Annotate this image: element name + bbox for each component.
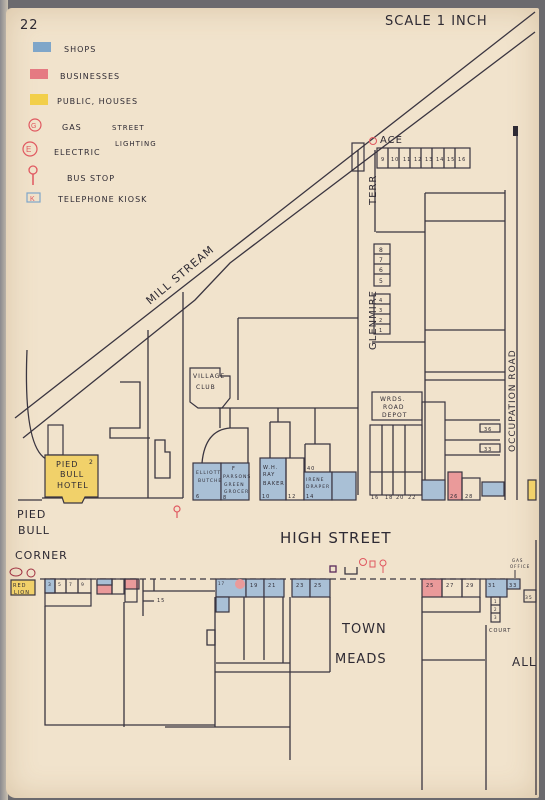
svg-text:36: 36 [484,427,492,433]
svg-text:9: 9 [81,582,85,588]
svg-text:3: 3 [48,582,52,588]
svg-text:25: 25 [314,583,322,589]
svg-text:15: 15 [157,598,165,604]
svg-text:16: 16 [458,157,466,163]
svg-text:15: 15 [447,157,455,163]
legend-telephone-label: TELEPHONE KIOSK [57,195,147,204]
svg-text:GREEN: GREEN [224,482,245,488]
svg-text:27: 27 [446,583,454,589]
electric-symbol: E [26,145,31,154]
svg-text:23: 23 [296,583,304,589]
svg-text:4: 4 [379,298,383,304]
legend-street-label: STREET [112,124,145,132]
svg-text:BULL: BULL [60,470,84,479]
north-high-street-shops: ELLIOTTSBUTCHER 6 FPARSONSGREENGROCER 8 … [174,458,356,518]
high-street-label: HIGH STREET [280,529,392,547]
svg-text:1: 1 [494,599,498,604]
all-label: ALL [512,655,537,669]
svg-text:PARSONS: PARSONS [223,474,251,480]
gas-office-label: GASOFFICE [510,558,530,569]
town-meads-label: TOWN MEADS [335,622,387,667]
svg-text:BULL: BULL [18,524,50,537]
svg-text:14: 14 [306,494,314,500]
hairdresser-shop[interactable] [332,472,356,500]
bus-stop-icon [29,166,37,174]
kiosk-symbol: K [30,196,35,203]
svg-text:21: 21 [268,583,276,589]
svg-text:ROAD: ROAD [383,404,405,411]
east-blocks: WRDS. ROAD DEPOT 16182022 26 28 36 33 [370,193,505,501]
pied-bull-hotel[interactable]: PIEDBULLHOTEL 2 [45,425,98,503]
svg-text:5: 5 [58,582,62,588]
svg-text:WRDS.: WRDS. [380,396,405,403]
electric-lamp-icon [360,559,367,566]
svg-text:RED: RED [13,583,26,589]
wrds-depot-label: WRDS. ROAD DEPOT [380,396,407,419]
terrace-numbers: 9 10 11 12 13 14 15 16 [381,157,466,163]
gas-office-shop[interactable] [422,480,445,500]
businesses-swatch [30,69,48,79]
svg-text:BAKER: BAKER [263,481,285,487]
village-club-label: VILLAGECLUB [193,373,225,391]
legend-bus-stop-label: BUS STOP [67,174,115,183]
svg-text:8: 8 [223,495,227,501]
pied-bull-corner-label: PIED BULL CORNER [15,508,68,562]
svg-text:31: 31 [488,583,496,589]
scale-label: SCALE 1 INCH [385,14,488,29]
svg-text:22: 22 [408,495,416,501]
svg-text:8: 8 [379,247,384,254]
svg-text:VILLAGE: VILLAGE [193,373,225,380]
svg-text:17: 17 [218,581,225,586]
svg-text:PIED: PIED [56,460,78,469]
svg-text:7: 7 [379,257,384,264]
south-east-shops: 25 27 29 31 33 35 GASOFFICE 123 COURT AL… [422,540,537,795]
svg-text:GROCER: GROCER [224,489,249,495]
legend: SHOPS BUSINESSES PUBLIC, HOUSES G GAS ST… [23,42,157,204]
barber-shop[interactable] [482,482,504,496]
legend-electric-label: ELECTRIC [54,148,101,157]
legend-gas-label: GAS [62,123,82,132]
svg-text:20: 20 [396,495,404,501]
legend-public-houses-label: PUBLIC, HOUSES [57,97,138,106]
svg-text:PIED: PIED [17,508,46,521]
svg-text:F: F [232,466,236,472]
svg-text:OFFICE: OFFICE [510,564,530,569]
terrace-label: TERR [368,175,379,206]
svg-text:IRENE: IRENE [306,477,325,483]
svg-text:29: 29 [466,583,474,589]
depot-row [370,425,422,495]
svg-text:25: 25 [426,583,434,589]
svg-text:19: 19 [250,583,258,589]
svg-text:MEADS: MEADS [335,652,387,667]
svg-text:10: 10 [391,157,399,163]
svg-text:16: 16 [371,495,379,501]
svg-text:2: 2 [494,607,498,612]
svg-text:28: 28 [465,494,473,500]
svg-text:CLUB: CLUB [196,384,216,391]
svg-text:DRAPER: DRAPER [306,484,330,490]
court-label: COURT [489,628,511,634]
svg-text:LION: LION [14,590,30,596]
south-high-street-shops: 3579 15 17 19 21 23 25 [45,579,330,760]
svg-text:W.H.: W.H. [263,465,278,471]
svg-text:9: 9 [381,157,385,163]
svg-text:33: 33 [509,583,517,589]
terrace-label-end: ACE [380,135,403,146]
svg-text:TOWN: TOWN [341,622,387,637]
shops-swatch [33,42,51,52]
svg-text:3: 3 [494,615,498,620]
legend-lighting-label: LIGHTING [115,140,157,148]
legend-businesses-label: BUSINESSES [60,72,120,81]
svg-text:33: 33 [484,447,492,453]
svg-text:DEPOT: DEPOT [382,412,407,419]
occupation-road-label: OCCUPATION ROAD [508,349,518,452]
legend-shops-label: SHOPS [64,45,96,54]
red-lion-pub[interactable]: RED LION [11,580,35,596]
svg-text:2: 2 [89,459,94,466]
occupation-road: OCCUPATION ROAD [505,126,536,500]
page-number: 22 [20,18,39,33]
svg-text:GAS: GAS [512,558,523,563]
svg-text:35: 35 [525,595,533,601]
svg-text:3: 3 [379,308,383,314]
svg-text:1: 1 [379,328,383,334]
svg-text:CORNER: CORNER [15,549,68,562]
svg-text:12: 12 [288,494,296,500]
gas-symbol: G [31,123,36,130]
svg-text:40: 40 [307,466,315,472]
pub-occupation[interactable] [528,480,536,500]
bus-stop-icon [380,560,386,566]
svg-text:6: 6 [379,267,384,274]
svg-text:6: 6 [196,494,200,500]
svg-text:7: 7 [69,582,73,588]
mill-stream-label: MILL STREAM [144,243,217,307]
svg-text:18: 18 [385,495,393,501]
bus-stop-icon [174,506,180,512]
svg-text:10: 10 [262,494,270,500]
svg-text:26: 26 [450,494,458,500]
svg-text:HOTEL: HOTEL [57,481,89,490]
svg-text:RAY: RAY [263,472,275,478]
svg-text:5: 5 [379,278,384,285]
hand-drawn-map: 22 SCALE 1 INCH SHOPS BUSINESSES PUBLIC,… [0,0,545,800]
public-houses-swatch [30,94,48,105]
svg-text:14: 14 [436,157,444,163]
street-furniture [10,559,505,580]
svg-text:2: 2 [379,318,383,324]
